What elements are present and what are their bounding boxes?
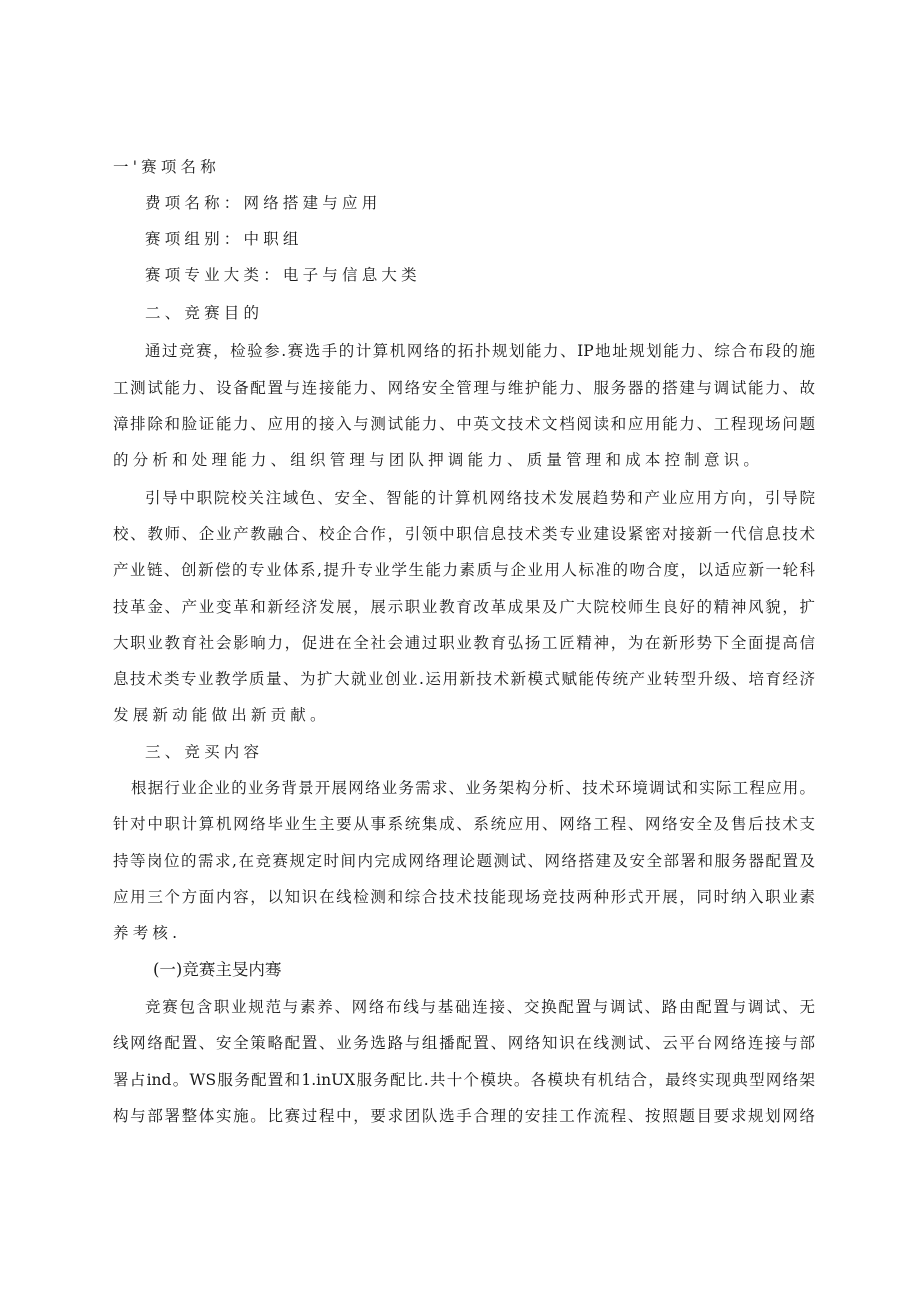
section2-para1-line4: 的分析和处理能力、组织管理与团队押调能力、质量管理和成本控制意识。 xyxy=(113,450,763,470)
section2-para2-line5: 大职业教育社会影晌力，促进在全社会逋过职业教育弘扬工匠精神，为在新形势下全面提高… xyxy=(113,633,815,653)
subsection1-heading: (一)竞赛主旻内骞 xyxy=(153,960,281,980)
section2-para2-line4: 技革金、产业变革和新经济发展，展示职业教育改革成果及广大院校师生良好的精神风貌，… xyxy=(113,597,815,617)
section2-para2-line2: 校、教师、企业产教融合、校企合作，引领中职信息技术类专业建设紧密对接新一代信息技… xyxy=(113,524,815,544)
section3-para1-line4: 应用三个方面内容，以知识在线检测和综合技术技能现场竞技两种形式开展，同时纳入职业… xyxy=(113,887,815,907)
section3-para1-line3: 持等岗位的需求,在竞赛规定时间内完成网络理论题测试、网络搭建及安全部署和服务器配… xyxy=(113,851,815,871)
section2-para2-line6: 息技术类专业教学质量、为扩大就业创业.运用新技术新模式赋能传统产业转型升级、培育… xyxy=(113,669,815,689)
section2-para1-line3: 漳排除和脸证能力、应用的接入与测试能力、中英文技术文档阅读和应用能力、工程现场问… xyxy=(113,414,815,434)
subsection1-para1-line4: 构与部署整体实施。比赛过程中，要求团队选手合理的安挂工作流程、按照题目要求规划网… xyxy=(113,1106,815,1126)
subsection1-para1-line2: 线网络配置、安全策略配置、业务选路与组播配置、网络知识在线测试、云平台网络连接与… xyxy=(113,1033,815,1053)
document-page: 一'赛项名称 费项名称：网络搭建与应用 赛项组别：中职组 赛项专业大类：电子与信… xyxy=(0,0,920,1301)
section2-para1-line1: 通过竞赛，检验参.赛选手的计算机网络的拓扑规划能力、IP地址规划能力、综合布段的… xyxy=(145,341,815,361)
section1-heading: 一'赛项名称 xyxy=(113,157,220,177)
section2-para2-line1: 引导中职院校关注域色、安全、智能的计算机网络技术发展趋势和产业应用方向，引导院 xyxy=(145,488,815,508)
section3-heading: 三、竞买内容 xyxy=(145,742,263,762)
section2-para2-line3: 产业链、创新偿的专业体系,提升专业学生能力素质与企业用人标准的吻合度，以适应新一… xyxy=(113,560,815,580)
subsection1-para1-line3: 署占ind。WS服务配置和1.inUX服务配比.共十个模块。各模块有机结合，最终… xyxy=(113,1070,815,1090)
section2-para2-line7: 发展新动能做出新贡献。 xyxy=(113,705,330,725)
section3-para1-line2: 针对中职计算机网络毕业生主要从事系统集成、系统应用、网络工程、网络安全及售后技术… xyxy=(113,814,815,834)
event-group-line: 赛项组别：中职组 xyxy=(145,229,303,249)
section2-para1-line2: 工测试能力、设备配置与连接能力、网络安全管理与维护能力、服务器的搭建与调试能力、… xyxy=(113,378,815,398)
section3-para1-line5: 养考核. xyxy=(113,923,181,943)
section2-heading: 二、竞赛目的 xyxy=(145,303,263,323)
subsection1-para1-line1: 竞赛包含职业规范与素养、网络布线与基础连接、交换配置与调试、路由配置与调试、无 xyxy=(145,997,815,1017)
event-category-line: 赛项专业大类：电子与信息大类 xyxy=(145,265,421,285)
section3-para1-line1: 根据行业企业的业务背景开展网络业务需求、业务架构分析、技术环境调试和实际工程应用… xyxy=(131,778,815,798)
event-name-line: 费项名称：网络搭建与应用 xyxy=(145,193,381,213)
